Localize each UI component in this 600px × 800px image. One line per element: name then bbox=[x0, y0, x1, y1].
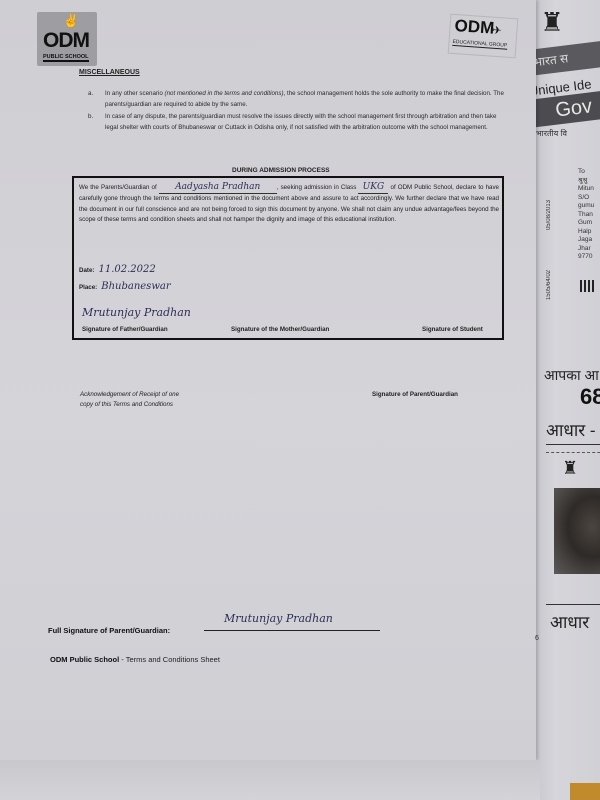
section-title-miscellaneous: MISCELLANEOUS bbox=[79, 69, 140, 76]
card-govt-text: Gov bbox=[554, 95, 593, 121]
declaration-box: We the Parents/Guardian of Aadyasha Prad… bbox=[72, 176, 504, 340]
national-emblem-icon: ♜ bbox=[562, 458, 578, 479]
clause-text-part: In any other scenario bbox=[105, 90, 165, 97]
page-number: 6 bbox=[535, 635, 539, 642]
acknowledgement-text: Acknowledgement of Receipt of one copy o… bbox=[80, 390, 179, 410]
clause-text: In any other scenario (not mentioned in … bbox=[105, 89, 505, 110]
date-row: Date:11.02.2022 bbox=[79, 264, 156, 275]
card-address: To श्रुश्रु Mitun S/O gumu Than Gum Halp… bbox=[578, 168, 594, 262]
person-figure-icon: ✌ bbox=[63, 13, 79, 29]
address-line: Jaga bbox=[578, 236, 594, 245]
student-name-handwritten: Aadyasha Pradhan bbox=[175, 182, 260, 192]
ack-line-1: Acknowledgement of Receipt of one bbox=[80, 390, 179, 400]
full-signature-field: Mrutunjay Pradhan bbox=[204, 612, 380, 631]
divider bbox=[546, 604, 600, 605]
background-aadhaar-card: ♜ भारत स Unique Ide Gov भारतीय वि To श्र… bbox=[528, 0, 600, 800]
address-line: Jhar bbox=[578, 245, 594, 254]
card-number-partial: 68 bbox=[580, 384, 600, 410]
divider-dashed bbox=[546, 452, 600, 453]
class-handwritten: UKG bbox=[363, 182, 385, 192]
place-handwritten: Bhubaneswar bbox=[101, 281, 170, 292]
date-handwritten: 11.02.2022 bbox=[98, 264, 155, 275]
address-line: Halp bbox=[578, 228, 594, 237]
odm-educational-group-logo: ODM ✈ EDUCATIONAL GROUP bbox=[448, 14, 519, 59]
clause-text: In case of any dispute, the parents/guar… bbox=[105, 112, 505, 133]
place-label: Place: bbox=[79, 284, 97, 291]
card-aadhaar-label-2: आधार bbox=[550, 610, 589, 633]
card-aapka-text: आपका आ bbox=[544, 366, 599, 385]
address-line: Gum bbox=[578, 219, 594, 228]
ack-line-2: copy of this Terms and Conditions bbox=[80, 400, 179, 410]
address-line: 9770 bbox=[578, 253, 594, 262]
national-emblem-icon: ♜ bbox=[538, 2, 566, 42]
card-id-vertical: 1505/64/02 bbox=[546, 270, 552, 300]
table-surface bbox=[570, 783, 600, 800]
logo-right-name: ODM bbox=[454, 16, 495, 39]
page-footer: ODM Public School - Terms and Conditions… bbox=[50, 655, 220, 664]
clause-marker: b. bbox=[88, 112, 93, 123]
footer-text: - Terms and Conditions Sheet bbox=[119, 655, 220, 664]
address-line: श्रुश्रु bbox=[578, 177, 594, 186]
divider bbox=[546, 444, 600, 445]
terms-document-page: ✌ ODM PUBLIC SCHOOL ODM ✈ EDUCATIONAL GR… bbox=[0, 0, 536, 760]
mother-signature-label: Signature of the Mother/Guardian bbox=[231, 326, 329, 333]
full-signature-label: Full Signature of Parent/Guardian: bbox=[48, 626, 170, 635]
card-hindi-small: भारतीय वि bbox=[536, 128, 567, 139]
odm-public-school-logo: ✌ ODM PUBLIC SCHOOL bbox=[37, 12, 97, 66]
barcode-icon bbox=[580, 280, 594, 292]
address-line: Mitun bbox=[578, 185, 594, 194]
clause-marker: a. bbox=[88, 89, 93, 100]
logo-left-subtitle: PUBLIC SCHOOL bbox=[43, 54, 89, 62]
decl-text-part: We the Parents/Guardian of bbox=[79, 184, 159, 191]
cardholder-photo bbox=[554, 488, 600, 574]
clause-text-italic: (not mentioned in the terms and conditio… bbox=[165, 90, 284, 97]
decl-text-part: , seeking admission in Class bbox=[277, 184, 359, 191]
footer-school: ODM Public School bbox=[50, 655, 119, 664]
logo-right-subtitle: EDUCATIONAL GROUP bbox=[452, 39, 507, 50]
card-header-band: भारत स bbox=[528, 36, 600, 76]
airplane-icon: ✈ bbox=[492, 24, 502, 38]
student-signature-label: Signature of Student bbox=[422, 326, 483, 333]
ack-signature-label: Signature of Parent/Guardian bbox=[372, 391, 458, 398]
declaration-text: We the Parents/Guardian of Aadyasha Prad… bbox=[79, 182, 499, 225]
card-aadhaar-label: आधार - bbox=[546, 418, 596, 441]
father-signature-handwritten: Mrutunjay Pradhan bbox=[82, 306, 191, 319]
full-signature-handwritten: Mrutunjay Pradhan bbox=[224, 612, 333, 625]
address-line: S/O bbox=[578, 194, 594, 203]
class-field: UKG bbox=[358, 182, 388, 194]
section-title-admission: DURING ADMISSION PROCESS bbox=[232, 167, 330, 174]
page-curl bbox=[0, 760, 540, 800]
card-date-vertical: 05/08/2013 bbox=[546, 200, 552, 230]
address-line: gumu bbox=[578, 202, 594, 211]
logo-left-name: ODM bbox=[43, 29, 89, 53]
father-signature-label: Signature of Father/Guardian bbox=[82, 326, 168, 333]
address-line: Than bbox=[578, 211, 594, 220]
student-name-field: Aadyasha Pradhan bbox=[159, 182, 277, 194]
place-row: Place:Bhubaneswar bbox=[79, 281, 171, 292]
address-line: To bbox=[578, 168, 594, 177]
date-label: Date: bbox=[79, 267, 94, 274]
